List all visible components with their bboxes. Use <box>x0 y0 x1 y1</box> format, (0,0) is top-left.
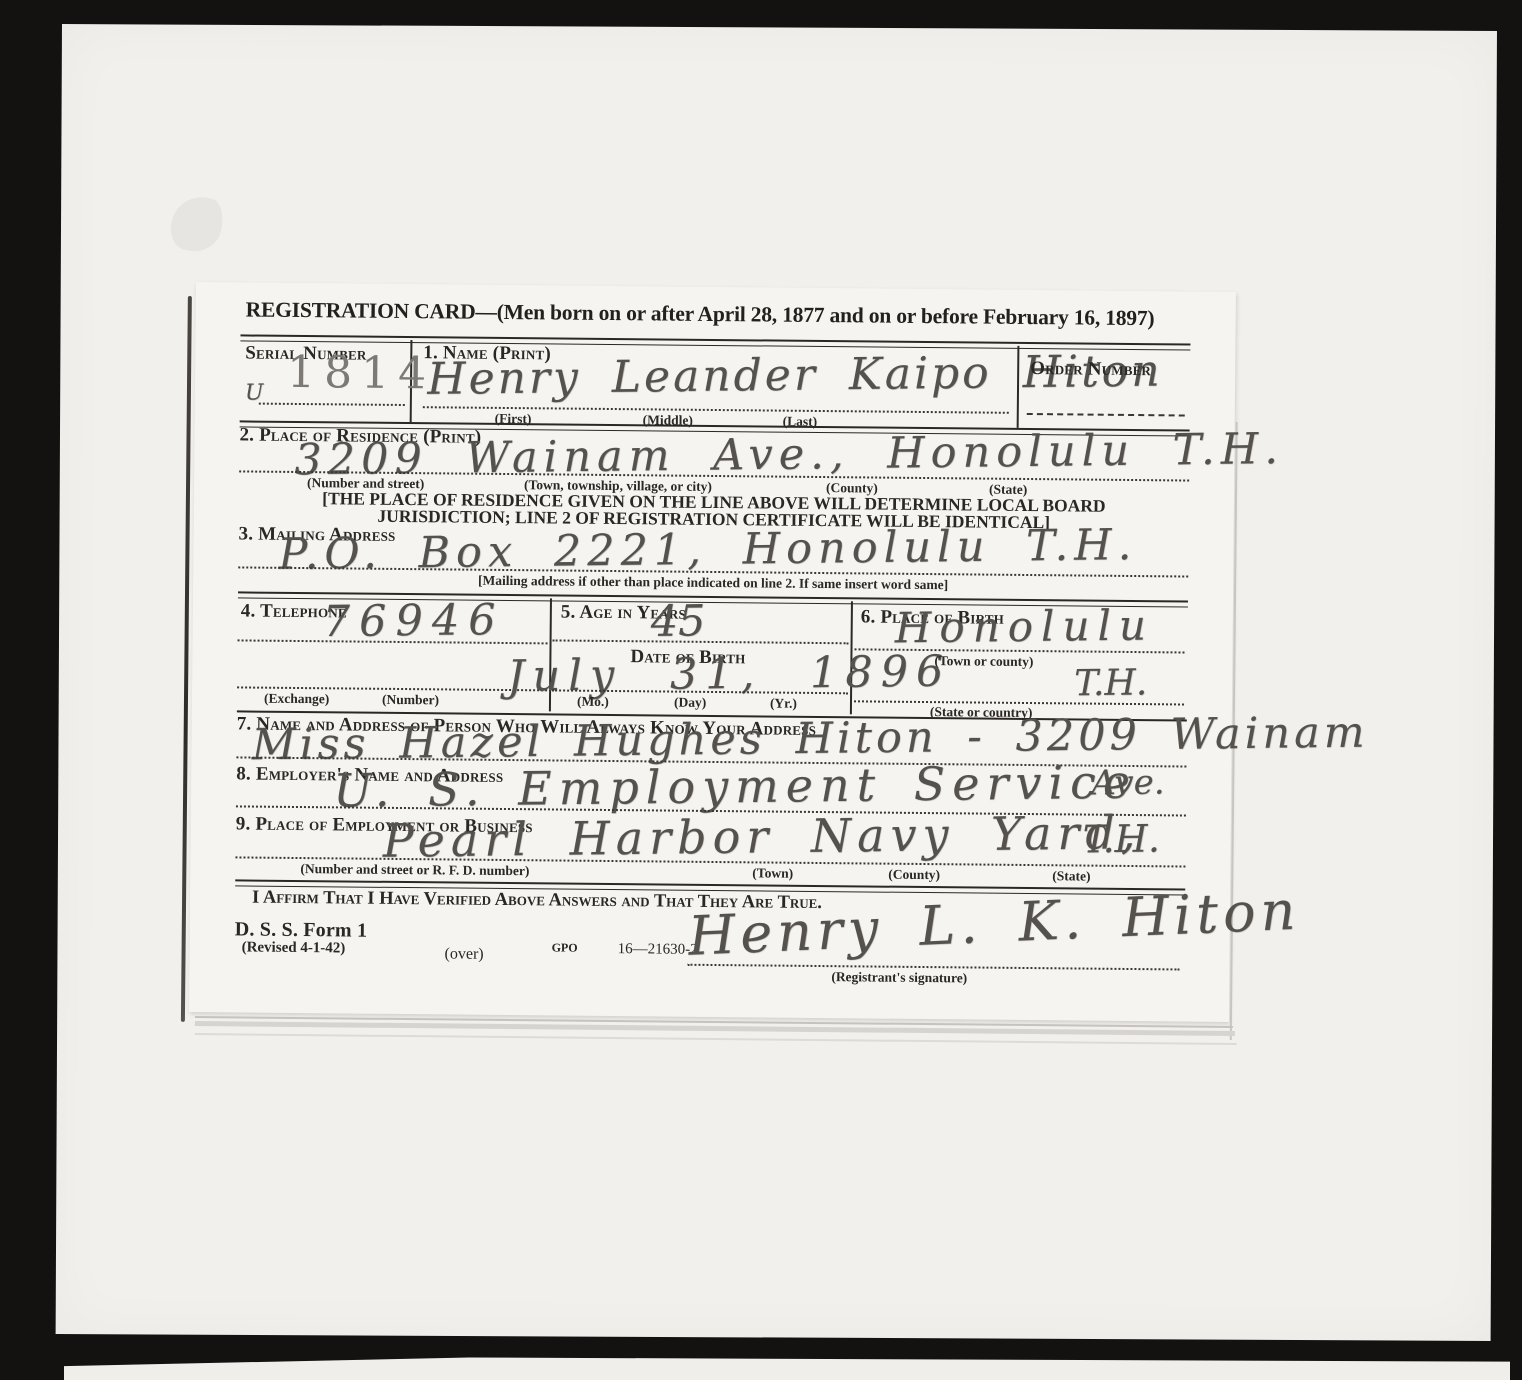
birth-sub-town: (Town or county) <box>934 653 1033 670</box>
telephone-value: 76946 <box>322 595 504 647</box>
telephone-sub-number: (Number) <box>382 692 439 709</box>
order-number-line <box>1027 413 1185 417</box>
registration-card: REGISTRATION CARD—(Men born on or after … <box>189 282 1236 1022</box>
employment-state-value: T.H. <box>1082 816 1160 861</box>
dob-sub-mo: (Mo.) <box>577 694 609 710</box>
gpo-mark: GPO <box>552 940 578 955</box>
dob-sub-yr: (Yr.) <box>770 696 797 712</box>
form-revision: (Revised 4-1-42) <box>242 939 346 957</box>
telephone-sub-exchange: (Exchange) <box>264 691 329 708</box>
signature-label: (Registrant's signature) <box>831 969 967 986</box>
answer-line <box>259 403 405 406</box>
dob-sub-day: (Day) <box>674 695 706 711</box>
birth-state-value: T.H. <box>1074 662 1147 704</box>
employment-sub-town: (Town) <box>752 865 793 881</box>
dob-value: July 31, 1896 <box>507 647 952 702</box>
age-value: 45 <box>650 596 705 647</box>
print-code: 16—21630-2 <box>618 941 698 959</box>
employment-sub-street: (Number and street or R. F. D. number) <box>300 861 529 879</box>
microfilm-frame: { "card": { "title": "REGISTRATION CARD—… <box>0 0 1522 1380</box>
over-note: (over) <box>444 945 483 963</box>
birth-town-value: Honolulu <box>894 600 1154 652</box>
film-sheet-bottom <box>64 1357 1510 1380</box>
employment-sub-state: (State) <box>1052 868 1090 884</box>
employment-sub-county: (County) <box>888 867 940 883</box>
order-number-label: Order Number <box>1030 358 1151 381</box>
card-title: REGISTRATION CARD—(Men born on or after … <box>246 297 1155 331</box>
serial-number-value: 1814 <box>287 347 435 399</box>
